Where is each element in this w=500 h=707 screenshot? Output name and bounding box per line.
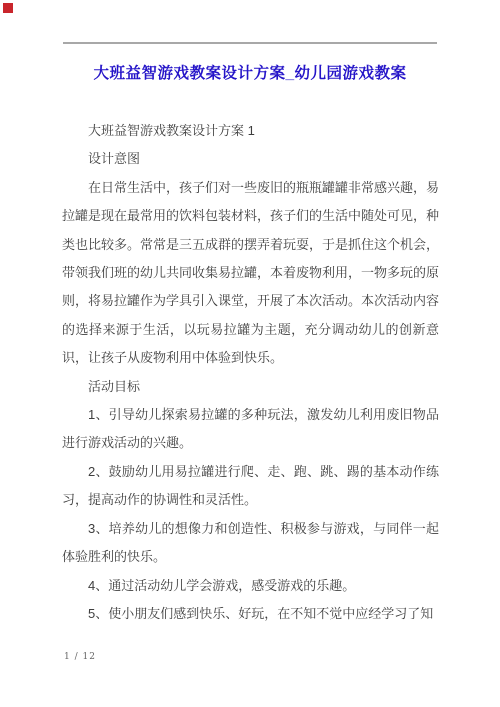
section-heading-design-intent: 设计意图 bbox=[62, 145, 439, 173]
goal-item-2: 2、鼓励幼儿用易拉罐进行爬、走、跑、跳、踢的基本动作练习，提高动作的协调性和灵活… bbox=[62, 458, 439, 515]
goal-item-1: 1、引导幼儿探索易拉罐的多种玩法，激发幼儿利用废旧物品进行游戏活动的兴趣。 bbox=[62, 401, 439, 458]
red-square-marker bbox=[3, 3, 13, 13]
doc-heading: 大班益智游戏教案设计方案 1 bbox=[62, 117, 439, 145]
page-number: 1 / 12 bbox=[64, 652, 96, 662]
document-body: 大班益智游戏教案设计方案 1 设计意图 在日常生活中，孩子们对一些废旧的瓶瓶罐罐… bbox=[62, 117, 439, 628]
design-intent-paragraph: 在日常生活中，孩子们对一些废旧的瓶瓶罐罐非常感兴趣，易拉罐是现在最常用的饮料包装… bbox=[62, 174, 439, 373]
top-divider bbox=[63, 42, 437, 44]
goal-item-3: 3、培养幼儿的想像力和创造性、积极参与游戏，与同伴一起体验胜利的快乐。 bbox=[62, 515, 439, 572]
page-title: 大班益智游戏教案设计方案_幼儿园游戏教案 bbox=[0, 61, 500, 83]
goal-item-5: 5、使小朋友们感到快乐、好玩，在不知不觉中应经学习了知 bbox=[62, 600, 439, 628]
document-page: 大班益智游戏教案设计方案_幼儿园游戏教案 大班益智游戏教案设计方案 1 设计意图… bbox=[0, 0, 500, 707]
section-heading-activity-goals: 活动目标 bbox=[62, 373, 439, 401]
goal-item-4: 4、通过活动幼儿学会游戏，感受游戏的乐趣。 bbox=[62, 572, 439, 600]
